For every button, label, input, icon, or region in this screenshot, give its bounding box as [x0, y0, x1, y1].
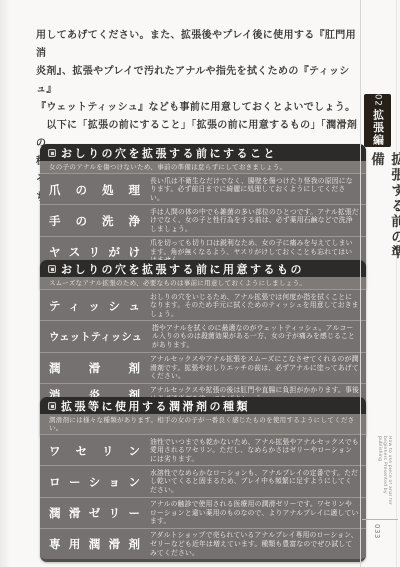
chapter-number: 02 [373, 94, 383, 107]
section-lubricant-types: 拡張等に使用する潤滑剤の種類 潤滑剤には様々な種類があります。相手の女の子が一番… [40, 397, 366, 562]
section-header: 拡張等に使用する潤滑剤の種類 [40, 397, 366, 414]
table-row: 専用潤滑剤 アダルトショップで売られているアナルプレイ専用のローション、ゼリーな… [40, 528, 366, 559]
section-title: 拡張等に使用する潤滑剤の種類 [61, 398, 250, 414]
table-row: 潤滑ゼリー アナルの触診で使用される医療用の潤滑ゼリーです。ワセリンやローション… [40, 497, 366, 528]
row-description: アナルの触診で使用される医療用の潤滑ゼリーです。ワセリンやローションと違い薬用の… [146, 498, 366, 528]
table-row: ティッシュ おしりの穴をいじるため、アナル拡張では何度か指を拭くことになります。… [40, 289, 366, 320]
sidebar-divider-line [360, 0, 361, 567]
table-row: ウェットティッシュ 指やアナルを拭くのに最適なのがウェットティッシュ。アルコール… [40, 320, 366, 351]
table-row: ワセリン 油性でいつまでも乾かないため、アナル拡張やアナルセックスでも愛用される… [40, 434, 366, 465]
row-label: ティッシュ [40, 297, 146, 314]
table-row: 手の洗浄 手は人間の体の中でも雑菌の多い部位のひとつです。アナル拡張だけでなく、… [40, 204, 366, 235]
page-edge-line [396, 0, 397, 567]
section-header: おしりの穴を拡張する前に用意するもの [40, 260, 366, 277]
section-subtitle: 潤滑剤には様々な種類があります。相手の女の子が一番良く感じたものを使用するように… [40, 414, 366, 434]
intro-line: 炎剤』、拡張やプレイで汚れたアナルや指先を拭くための『ティッシュ』 [36, 63, 358, 99]
chapter-label: 拡張編 [370, 109, 386, 147]
table-row: 潤滑剤 アナルセックスやアナル拡張をスムーズにこなさせてくれるのが潤滑剤です。拡… [40, 352, 366, 383]
section-header: おしりの穴を拡張する前にすること [40, 144, 366, 161]
row-label: ウェットティッシュ [40, 328, 148, 345]
row-description: 指やアナルを拭くのに最適なのがウェットティッシュ。アルコール入りのものは殺菌効果… [148, 321, 366, 351]
section-subtitle: 女の子のアナルを傷つけないため、事前の準備は怠らずにしておきましょう。 [40, 161, 366, 173]
footer-caption: How to use piece of anal for beginners P… [377, 436, 392, 518]
row-label: ローション [40, 473, 146, 490]
intro-line: 『ウェットティッシュ』なども事前に用意しておくとよいでしょう。 [36, 99, 358, 117]
row-description: 手は人間の体の中でも雑菌の多い部位のひとつです。アナル拡張だけでなく、女の子と性… [146, 205, 366, 235]
row-label: 潤滑剤 [40, 359, 146, 376]
table-row: ローション 水溶性でなめらかなローションも、アナルプレイの定番です。ただし乾いて… [40, 465, 366, 496]
row-description: 長い爪は不衛生なだけでなく、腸壁を傷つけたり怪我の原因になります。必ず前日までに… [146, 174, 366, 204]
row-label: 専用潤滑剤 [40, 535, 146, 552]
row-description: アダルトショップで売られているアナルプレイ専用のローション、ゼリーなども近年は増… [146, 529, 366, 559]
row-label: 爪の処理 [40, 181, 146, 198]
section-title: おしりの穴を拡張する前にすること [61, 145, 277, 161]
row-label: 手の洗浄 [40, 212, 146, 229]
intro-line: 用してあげてください。また、拡張後やプレイ後に使用する『肛門用消 [36, 27, 358, 63]
page-number: 033 [373, 524, 381, 539]
checkbox-icon [48, 265, 56, 273]
section-title: おしりの穴を拡張する前に用意するもの [61, 261, 304, 277]
row-label: 潤滑ゼリー [40, 504, 146, 521]
row-description: 水溶性でなめらかなローションも、アナルプレイの定番です。ただし乾いてくると固まる… [146, 466, 366, 496]
sidebar-section-title: 拡張する前の準備 [366, 152, 400, 272]
table-row: 爪の処理 長い爪は不衛生なだけでなく、腸壁を傷つけたり怪我の原因になります。必ず… [40, 173, 366, 204]
checkbox-icon [48, 402, 56, 410]
checkbox-icon [48, 149, 56, 157]
section-subtitle: スムーズなアナル拡張のため、必要なものは事前に用意しておくようにしましょう。 [40, 277, 366, 289]
row-label: ワセリン [40, 442, 146, 459]
row-description: おしりの穴をいじるため、アナル拡張では何度か指を拭くことになります。そのため手元… [146, 290, 366, 320]
row-label: ヤスリがけ [40, 243, 146, 260]
row-description: アナルセックスやアナル拡張をスムーズにこなさせてくれるのが潤滑剤です。拡張やおし… [146, 353, 366, 383]
chapter-badge: 02 拡張編 [364, 94, 391, 147]
book-page: 用してあげてください。また、拡張後やプレイ後に使用する『肛門用消 炎剤』、拡張や… [0, 0, 400, 567]
row-description: 油性でいつまでも乾かないため、アナル拡張やアナルセックスでも愛用されるワセリン。… [146, 435, 366, 465]
footer-rule [362, 519, 398, 520]
